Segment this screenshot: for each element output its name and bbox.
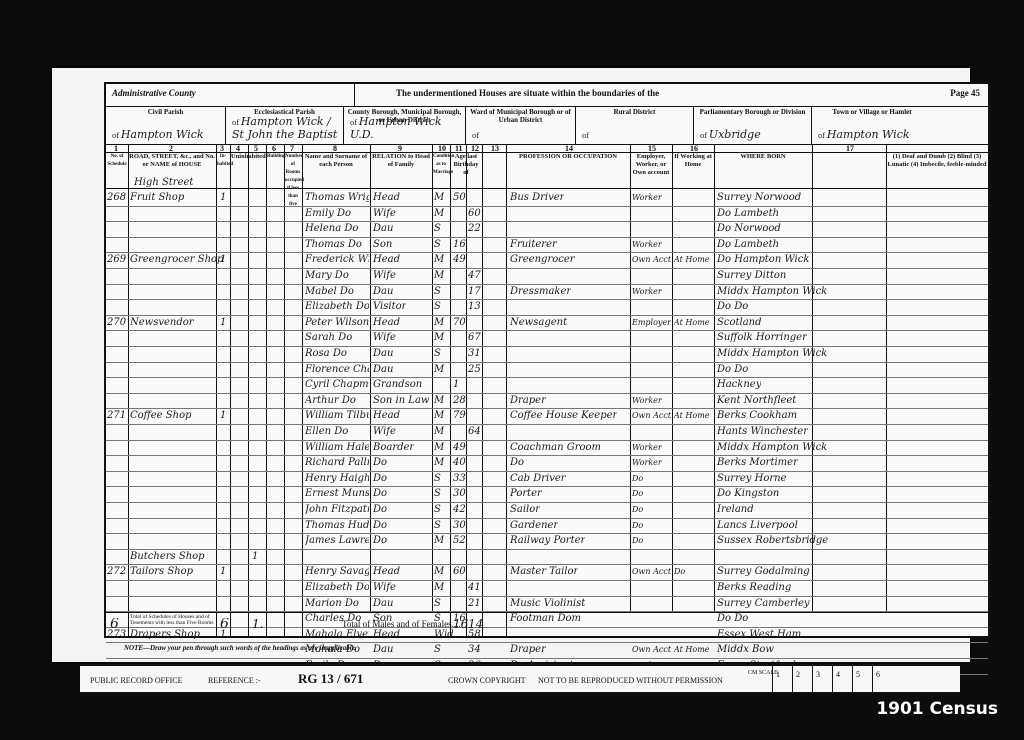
cell-name: Florence Chapman: [305, 363, 369, 376]
cell-occupation: Sailor: [510, 503, 540, 516]
cell-name: James Lawrence: [305, 534, 369, 547]
cell-condition: S: [434, 519, 441, 532]
area-value: of: [582, 128, 591, 141]
cell-employer: Worker: [632, 441, 662, 454]
admin-county-box: Administrative County: [106, 84, 355, 106]
column-header: WHERE BORN: [715, 153, 811, 161]
cell-male-age: 1: [453, 378, 459, 391]
reference-label: REFERENCE :-: [208, 676, 261, 685]
cell-relation: Do: [373, 456, 387, 469]
cell-relation: Wife: [373, 425, 396, 438]
cell-condition: M: [434, 441, 444, 454]
cell-name: Thomas Do: [305, 238, 362, 251]
cell-at-home: At Home: [674, 643, 710, 656]
column-header: Condition as to Marriage: [433, 153, 449, 177]
area-field: Rural Districtof: [576, 106, 694, 144]
area-label: Rural District: [576, 106, 693, 116]
row-line: [106, 486, 988, 487]
column-divider: [482, 613, 483, 637]
totals-row: 6Total of Schedules of Houses and of Ten…: [106, 612, 988, 637]
cell-female-age: 17: [468, 285, 481, 298]
column-header: PROFESSION OR OCCUPATION: [507, 153, 629, 161]
cell-schedule: 270: [107, 316, 126, 329]
cell-born: Kent Northfleet: [717, 394, 796, 407]
cell-born: Surrey Ditton: [717, 269, 786, 282]
cell-male-age: 60: [453, 565, 466, 578]
cell-relation: Do: [373, 472, 387, 485]
cell-relation: Head: [373, 409, 400, 422]
cell-relation: Do: [373, 503, 387, 516]
cell-name: Emily Do: [305, 207, 351, 220]
cell-born: Surrey Camberley: [717, 597, 810, 610]
column-header: In-habited: [217, 153, 229, 169]
cell-house: Coffee Shop: [130, 409, 191, 422]
cell-relation: Wife: [373, 581, 396, 594]
area-label: Ward of Municipal Borough or of Urban Di…: [466, 106, 575, 124]
header-divider: [106, 188, 988, 189]
column-header: RELATION to Head of Family: [371, 153, 431, 169]
cell-born: Hants Winchester: [717, 425, 808, 438]
column-divider: [284, 613, 285, 637]
cell-female-age: 31: [468, 347, 481, 360]
area-field: County Borough, Municipal Borough, or Ur…: [344, 106, 466, 144]
cell-house: Greengrocer Shop: [130, 253, 223, 266]
cell-inhabited: 1: [220, 565, 226, 578]
column-number: 2: [169, 144, 173, 153]
area-value: ofUxbridge: [700, 128, 761, 141]
row-line: [106, 393, 988, 394]
cell-born: Scotland: [717, 316, 762, 329]
scale-tick: 2: [792, 666, 812, 692]
column-number: 13: [491, 144, 499, 153]
cell-occupation: Newsagent: [510, 316, 567, 329]
cell-employer: Worker: [632, 191, 662, 204]
cell-employer: Own Acct: [632, 409, 671, 422]
cell-born: Hackney: [717, 378, 761, 391]
cell-condition: M: [434, 253, 444, 266]
area-field: Town or Village or HamletofHampton Wick: [812, 106, 932, 144]
cell-name: Helena Do: [305, 222, 358, 235]
cell-at-home: At Home: [674, 316, 710, 329]
cell-born: Do Kingston: [717, 487, 779, 500]
row-line: [106, 424, 988, 425]
cell-born: Berks Mortimer: [717, 456, 798, 469]
row-line: [106, 299, 988, 300]
row-line: [106, 549, 988, 550]
cell-inhabited: 1: [220, 191, 226, 204]
cell-name: William Hale: [305, 441, 369, 454]
cell-born: Suffolk Horringer: [717, 331, 807, 344]
cell-male-age: 16: [453, 238, 466, 251]
cell-relation: Son: [373, 238, 392, 251]
permission-label: NOT TO BE REPRODUCED WITHOUT PERMISSION: [538, 676, 723, 685]
column-divider: [302, 613, 303, 637]
cell-condition: S: [434, 222, 441, 235]
column-number: 7: [290, 144, 294, 153]
row-line: [106, 377, 988, 378]
cell-inhabited: 1: [220, 316, 226, 329]
cell-employer: Worker: [632, 238, 662, 251]
cell-relation: Wife: [373, 269, 396, 282]
cell-male-age: 79: [453, 409, 466, 422]
census-page: 161 Administrative County The undermenti…: [52, 68, 970, 662]
cell-relation: Dau: [373, 643, 393, 656]
cell-name: Rosa Do: [305, 347, 347, 360]
scale-tick: 1: [772, 666, 792, 692]
cell-condition: S: [434, 487, 441, 500]
cell-name: Marion Do: [305, 597, 359, 610]
cell-condition: M: [434, 269, 444, 282]
cell-employer: Own Acct: [632, 253, 671, 266]
cell-name: Elizabeth Do: [305, 581, 369, 594]
cell-occupation: Bus Driver: [510, 191, 564, 204]
cell-relation: Head: [373, 316, 400, 329]
column-number: 11: [455, 144, 463, 153]
cell-employer: Worker: [632, 394, 662, 407]
column-divider: [230, 613, 231, 637]
cell-occupation: Coachman Groom: [510, 441, 601, 454]
cell-male-age: 42: [453, 503, 466, 516]
cell-schedule: 272: [107, 565, 126, 578]
area-value: ofHampton Wick: [112, 128, 204, 141]
cell-condition: M: [434, 394, 444, 407]
area-fields: Civil ParishofHampton WickEcclesiastical…: [106, 106, 988, 145]
column-divider: [248, 613, 249, 637]
cell-relation: Dau: [373, 285, 393, 298]
cell-relation: Boarder: [373, 441, 414, 454]
cell-condition: S: [434, 472, 441, 485]
cell-condition: S: [434, 347, 441, 360]
area-value: ofHampton Wick U.D.: [350, 115, 465, 141]
cell-name: John Fitzpatrick: [305, 503, 369, 516]
cell-condition: M: [434, 581, 444, 594]
cell-employer: Do: [632, 472, 643, 485]
cell-male-age: 50: [453, 191, 466, 204]
row-line: [106, 502, 988, 503]
cell-born: Lancs Liverpool: [717, 519, 798, 532]
cell-male-age: 70: [453, 316, 466, 329]
cell-uninhabited: 1: [252, 550, 258, 563]
cell-inhabited: 1: [220, 409, 226, 422]
cell-employer: Worker: [632, 285, 662, 298]
row-line: [106, 455, 988, 456]
column-header: Employer, Worker, or Own account: [631, 153, 671, 177]
cell-male-age: 28: [453, 394, 466, 407]
cell-relation: Son in Law: [373, 394, 429, 407]
cell-male-age: 49: [453, 441, 466, 454]
column-header: Uninhabited: [231, 153, 265, 161]
cell-born: Surrey Horne: [717, 472, 786, 485]
cell-condition: S: [434, 643, 441, 656]
cm-scale: 123456: [772, 666, 892, 692]
column-number: 5: [254, 144, 258, 153]
column-number: 4: [236, 144, 240, 153]
cell-female-age: 22: [468, 222, 481, 235]
cell-name: Richard Pallmer: [305, 456, 369, 469]
cell-at-home: At Home: [674, 253, 710, 266]
cell-house: Newsvendor: [130, 316, 194, 329]
cell-condition: S: [434, 503, 441, 516]
column-number: 14: [565, 144, 573, 153]
scale-tick: 3: [812, 666, 832, 692]
cell-relation: Wife: [373, 331, 396, 344]
cell-female-age: 13: [468, 300, 481, 313]
cell-employer: Do: [632, 503, 643, 516]
row-line: [106, 346, 988, 347]
cell-female-age: 64: [468, 425, 481, 438]
column-number: 15: [648, 144, 656, 153]
scale-tick: 4: [832, 666, 852, 692]
cell-occupation: Do: [510, 456, 524, 469]
total-females: 14: [468, 618, 483, 631]
cell-born: Do Hampton Wick: [717, 253, 809, 266]
cell-condition: S: [434, 300, 441, 313]
total-uninhabited: 1.: [252, 618, 263, 631]
cell-born: Ireland: [717, 503, 754, 516]
cell-condition: M: [434, 565, 444, 578]
cell-male-age: 30: [453, 519, 466, 532]
cell-name: Henry Savage: [305, 565, 369, 578]
cell-condition: M: [434, 409, 444, 422]
cell-name: Mary Do: [305, 269, 349, 282]
cell-relation: Do: [373, 534, 387, 547]
cell-relation: Visitor: [373, 300, 406, 313]
page-label: Page 45: [950, 88, 980, 98]
area-label: Town or Village or Hamlet: [812, 106, 932, 116]
cell-name: Ellen Do: [305, 425, 348, 438]
cell-employer: Employer: [632, 316, 671, 329]
cell-house: Tailors Shop: [130, 565, 193, 578]
column-number: 16: [690, 144, 698, 153]
cell-name: Thomas Hudson: [305, 519, 369, 532]
cell-condition: M: [434, 207, 444, 220]
column-header: If Working at Home: [673, 153, 713, 169]
cell-employer: Own Acct: [632, 643, 671, 656]
cell-condition: S: [434, 597, 441, 610]
cell-name: William Tilbury: [305, 409, 369, 422]
cell-born: Berks Reading: [717, 581, 791, 594]
cell-house: Butchers Shop: [130, 550, 205, 563]
cell-occupation: Coffee House Keeper: [510, 409, 617, 422]
column-header: No. of Schedule: [107, 153, 127, 169]
cell-female-age: 25: [468, 363, 481, 376]
cell-born: Middx Hampton Wick: [717, 347, 827, 360]
scale-tick: 5: [852, 666, 872, 692]
cell-name: Elizabeth Dodson: [305, 300, 369, 313]
cell-female-age: 21: [468, 597, 481, 610]
cell-born: Berks Cookham: [717, 409, 797, 422]
column-number: 10: [438, 144, 446, 153]
cell-born: Do Norwood: [717, 222, 781, 235]
column-divider: [506, 613, 507, 637]
cell-relation: Dau: [373, 597, 393, 610]
total-schedules-label: Total of Schedules of Houses and of Tene…: [130, 614, 214, 626]
column-divider: [128, 613, 129, 637]
column-header: ROAD, STREET, &c., and No. or NAME of HO…: [129, 153, 215, 169]
area-field: Parliamentary Borough or DivisionofUxbri…: [694, 106, 812, 144]
column-divider: [466, 613, 467, 637]
column-number: 6: [272, 144, 276, 153]
cell-born: Middx Bow: [717, 643, 774, 656]
row-line: [106, 206, 988, 207]
column-number: 17: [846, 144, 854, 153]
cell-schedule: 269: [107, 253, 126, 266]
administrative-county-label: Administrative County: [112, 88, 196, 98]
cell-name: Mabel Do: [305, 285, 354, 298]
cell-born: Surrey Godalming: [717, 565, 810, 578]
row-line: [106, 362, 988, 363]
cell-condition: M: [434, 191, 444, 204]
row-line: [106, 330, 988, 331]
cell-condition: S: [434, 238, 441, 251]
cell-condition: M: [434, 316, 444, 329]
cell-name: Henry Haigh: [305, 472, 369, 485]
office-label: PUBLIC RECORD OFFICE: [90, 676, 182, 685]
column-divider: [266, 613, 267, 637]
cell-occupation: Cab Driver: [510, 472, 566, 485]
column-header: (1) Deaf and Dumb (2) Blind (3) Lunatic …: [887, 153, 987, 169]
cell-employer: Own Acct: [632, 565, 671, 578]
cell-born: Surrey Norwood: [717, 191, 801, 204]
cell-born: Do Do: [717, 363, 748, 376]
copyright-label: CROWN COPYRIGHT: [448, 676, 526, 685]
total-inhabited: 6: [220, 618, 229, 631]
cell-name: Sarah Do: [305, 331, 352, 344]
boundary-statement: The undermentioned Houses are situate wi…: [396, 88, 659, 98]
area-value: of: [472, 128, 481, 141]
cell-born: Middx Hampton Wick: [717, 285, 827, 298]
cell-occupation: Dressmaker: [510, 285, 571, 298]
column-number: 9: [398, 144, 402, 153]
cell-female-age: 60: [468, 207, 481, 220]
cell-relation: Dau: [373, 222, 393, 235]
column-number: 8: [333, 144, 337, 153]
cell-female-age: 41: [468, 581, 481, 594]
cell-name: Peter Wilson: [305, 316, 369, 329]
cell-relation: Head: [373, 191, 400, 204]
cell-relation: Do: [373, 487, 387, 500]
cell-schedule: 271: [107, 409, 126, 422]
cell-male-age: 30: [453, 487, 466, 500]
column-header: Number of Rooms occupied if less than fi…: [285, 153, 301, 209]
cell-female-age: 47: [468, 269, 481, 282]
heading-note: NOTE—Draw your pen through such words of…: [124, 644, 357, 652]
cell-female-age: 67: [468, 331, 481, 344]
cell-male-age: 33: [453, 472, 466, 485]
cell-relation: Grandson: [373, 378, 422, 391]
area-field: Ecclesiastical ParishofHampton Wick / St…: [226, 106, 344, 144]
cell-house: Fruit Shop: [130, 191, 184, 204]
area-value: ofHampton Wick / St John the Baptist: [232, 115, 343, 141]
cell-name: Ernest Munsley: [305, 487, 369, 500]
column-number: 3: [220, 144, 224, 153]
column-header: Name and Surname of each Person: [303, 153, 369, 169]
area-label: Parliamentary Borough or Division: [694, 106, 811, 116]
cell-born: Do Lambeth: [717, 207, 779, 220]
cell-born: Do Do: [717, 300, 748, 313]
cell-name: Arthur Do: [305, 394, 356, 407]
total-schedules: 6: [110, 618, 119, 631]
cell-condition: M: [434, 456, 444, 469]
cell-employer: Do: [632, 534, 643, 547]
area-label: Civil Parish: [106, 106, 225, 116]
cell-employer: Do: [632, 487, 643, 500]
area-value: ofHampton Wick: [818, 128, 910, 141]
cell-relation: Head: [373, 253, 400, 266]
cell-male-age: 49: [453, 253, 466, 266]
cell-born: Middx Hampton Wick: [717, 441, 827, 454]
cell-inhabited: 1: [220, 253, 226, 266]
cell-occupation: Draper: [510, 643, 546, 656]
cell-born: Sussex Robertsbridge: [717, 534, 828, 547]
cell-occupation: Master Tailor: [510, 565, 578, 578]
cell-relation: Do: [373, 519, 387, 532]
cell-occupation: Greengrocer: [510, 253, 575, 266]
cell-relation: Dau: [373, 347, 393, 360]
cell-employer: Do: [632, 519, 643, 532]
cell-name: Frederick Wingfield: [305, 253, 369, 266]
reference-number: RG 13 / 671: [298, 671, 363, 687]
cell-condition: M: [434, 363, 444, 376]
cell-at-home: Do: [674, 565, 685, 578]
column-header: Building: [267, 153, 283, 161]
form-top-line: Administrative County The undermentioned…: [106, 84, 988, 107]
cell-relation: Dau: [373, 363, 393, 376]
cell-occupation: Porter: [510, 487, 542, 500]
cell-condition: M: [434, 425, 444, 438]
column-header: Age last Birthday of: [451, 153, 481, 177]
cell-name: Thomas Wright: [305, 191, 369, 204]
cell-occupation: Music Violinist: [510, 597, 585, 610]
cell-male-age: 52: [453, 534, 466, 547]
row-line: [106, 221, 988, 222]
row-line: [106, 580, 988, 581]
cell-employer: Worker: [632, 456, 662, 469]
cell-relation: Wife: [373, 207, 396, 220]
cell-name: Cyril Chapman: [305, 378, 369, 391]
cell-relation: Head: [373, 565, 400, 578]
column-divider: [216, 613, 217, 637]
cell-occupation: Fruiterer: [510, 238, 557, 251]
total-males-females-label: Total of Males and of Females....: [342, 618, 461, 631]
cell-schedule: 268: [107, 191, 126, 204]
cell-male-age: 40: [453, 456, 466, 469]
column-divider: [450, 613, 451, 637]
column-number: 1: [114, 144, 118, 153]
area-field: Ward of Municipal Borough or of Urban Di…: [466, 106, 576, 144]
cell-condition: M: [434, 534, 444, 547]
census-form: Administrative County The undermentioned…: [104, 82, 990, 638]
census-year-label: 1901 Census: [876, 699, 998, 719]
area-field: Civil ParishofHampton Wick: [106, 106, 226, 144]
cell-born: Do Lambeth: [717, 238, 779, 251]
column-number: 12: [471, 144, 479, 153]
row-line: [106, 268, 988, 269]
cell-female-age: 34: [468, 643, 481, 656]
archive-footer: PUBLIC RECORD OFFICE REFERENCE :- RG 13 …: [80, 664, 960, 694]
cell-occupation: Draper: [510, 394, 546, 407]
cell-condition: M: [434, 331, 444, 344]
scale-tick: 6: [872, 666, 892, 692]
cell-condition: S: [434, 285, 441, 298]
census-table: 1234567891011121314151617No. of Schedule…: [106, 144, 988, 612]
cell-at-home: At Home: [674, 409, 710, 422]
cell-occupation: Railway Porter: [510, 534, 585, 547]
cell-occupation: Gardener: [510, 519, 558, 532]
